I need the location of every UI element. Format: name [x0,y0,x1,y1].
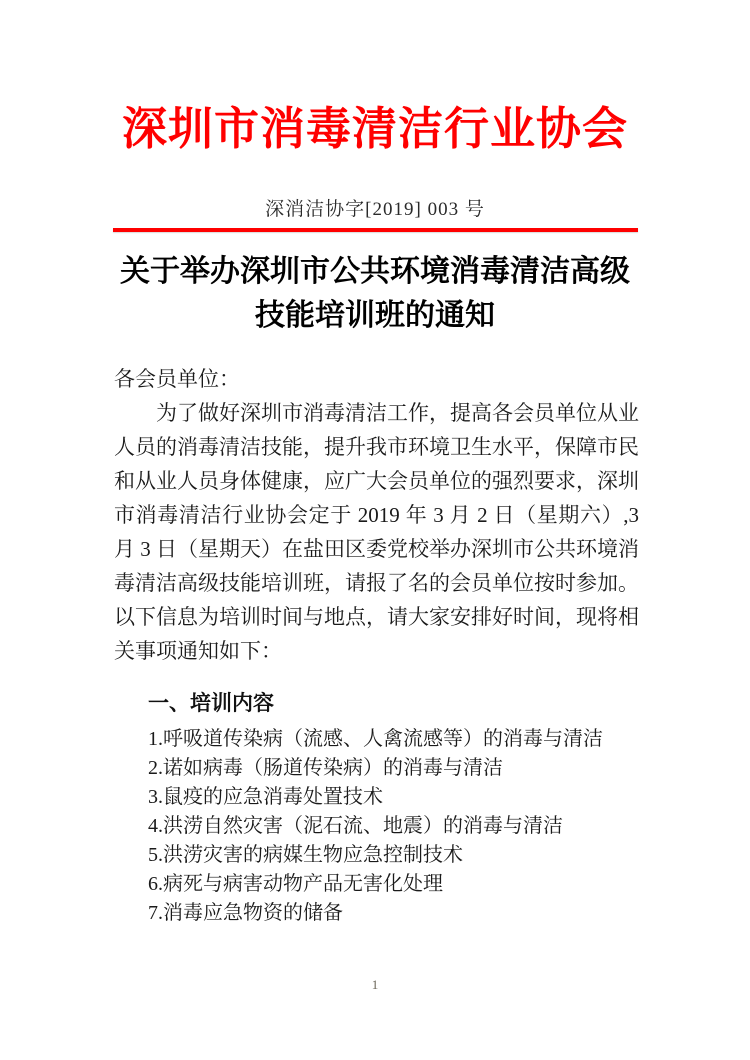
notice-title-line2: 技能培训班的通知 [0,294,750,338]
training-content-section: 一、培训内容 1.呼吸道传染病（流感、人禽流感等）的消毒与清洁 2.诺如病毒（肠… [148,688,648,928]
notice-body: 各会员单位： 为了做好深圳市消毒清洁工作，提高各会员单位从业人员的消毒清洁技能，… [114,362,639,668]
section-heading-training-content: 一、培训内容 [148,688,648,718]
list-item: 5.洪涝灾害的病媒生物应急控制技术 [148,841,648,870]
intro-paragraph: 为了做好深圳市消毒清洁工作，提高各会员单位从业人员的消毒清洁技能，提升我市环境卫… [114,396,639,668]
red-divider-line [113,228,638,232]
document-number: 深消洁协字[2019] 003 号 [0,194,750,221]
list-item: 1.呼吸道传染病（流感、人禽流感等）的消毒与清洁 [148,725,648,754]
list-item: 3.鼠疫的应急消毒处置技术 [148,783,648,812]
list-item: 6.病死与病害动物产品无害化处理 [148,870,648,899]
list-item: 2.诺如病毒（肠道传染病）的消毒与清洁 [148,754,648,783]
list-item: 4.洪涝自然灾害（泥石流、地震）的消毒与清洁 [148,812,648,841]
document-page: 深圳市消毒清洁行业协会 深消洁协字[2019] 003 号 关于举办深圳市公共环… [0,0,750,1060]
list-item: 7.消毒应急物资的储备 [148,899,648,928]
page-number: 1 [0,977,750,993]
notice-title: 关于举办深圳市公共环境消毒清洁高级 技能培训班的通知 [0,250,750,338]
notice-title-line1: 关于举办深圳市公共环境消毒清洁高级 [0,250,750,294]
organization-name-heading: 深圳市消毒清洁行业协会 [0,92,750,157]
salutation-line: 各会员单位： [114,362,639,396]
